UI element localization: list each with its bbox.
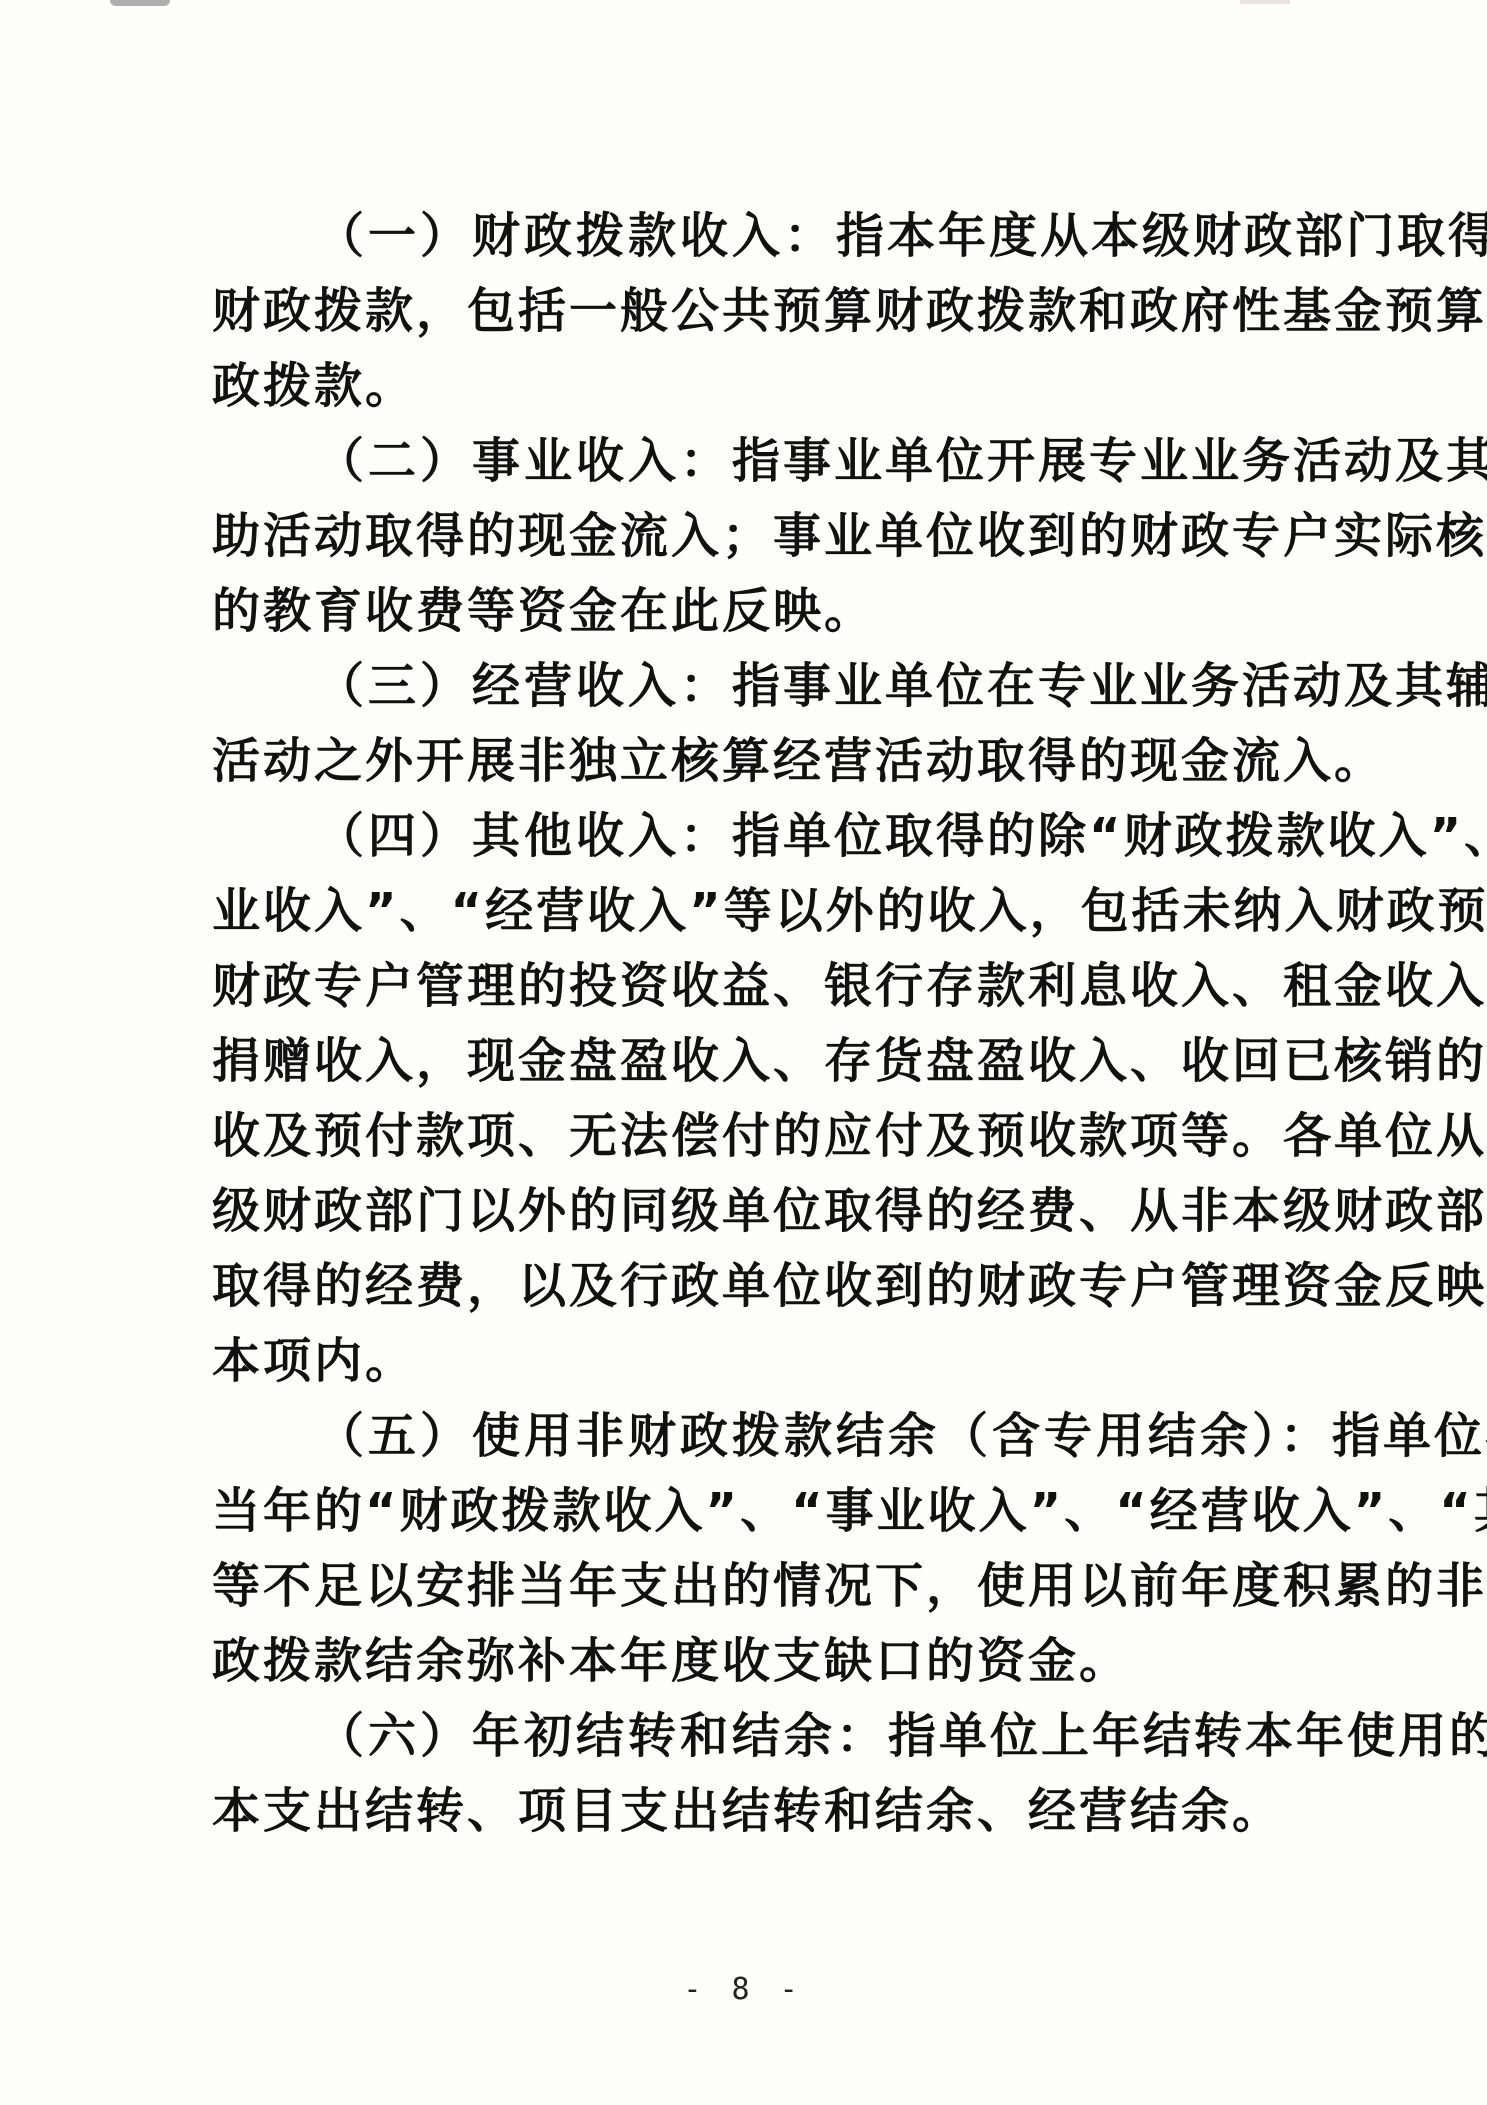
paragraph-line: 政拨款。 [212,349,1272,424]
paragraph-line: 本项内。 [212,1324,1272,1399]
paragraph-line: 政拨款结余弥补本年度收支缺口的资金。 [212,1624,1272,1699]
paragraph-line: （一）财政拨款收入：指本年度从本级财政部门取得的 [212,199,1272,274]
paragraph-line: 业收入”、“经营收入”等以外的收入，包括未纳入财政预算或 [212,874,1272,949]
paragraph-line: 取得的经费，以及行政单位收到的财政专户管理资金反映在 [212,1249,1272,1324]
document-page: （一）财政拨款收入：指本年度从本级财政部门取得的 财政拨款，包括一般公共预算财政… [0,0,1487,2105]
line-text: 指单位取得的除“财政拨款收入”、“事 [732,808,1487,864]
paragraph-line: 财政拨款，包括一般公共预算财政拨款和政府性基金预算财 [212,274,1272,349]
paragraph-line: （五）使用非财政拨款结余（含专用结余）：指单位在 [212,1399,1272,1474]
paragraph-line: 助活动取得的现金流入；事业单位收到的财政专户实际核拨 [212,499,1272,574]
document-body: （一）财政拨款收入：指本年度从本级财政部门取得的 财政拨款，包括一般公共预算财政… [212,199,1272,1849]
line-text: 指事业单位在专业业务活动及其辅助 [732,658,1487,714]
line-text: 指事业单位开展专业业务活动及其辅 [732,433,1487,489]
paragraph-line: （二）事业收入：指事业单位开展专业业务活动及其辅 [212,424,1272,499]
paragraph-line: （四）其他收入：指单位取得的除“财政拨款收入”、“事 [212,799,1272,874]
section-fiscal-appropriation-income: （一）财政拨款收入：指本年度从本级财政部门取得的 财政拨款，包括一般公共预算财政… [212,199,1272,424]
line-text: 指本年度从本级财政部门取得的 [836,208,1487,264]
section-heading: （三）经营收入： [316,658,732,714]
section-heading: （一）财政拨款收入： [316,208,836,264]
section-non-fiscal-surplus-use: （五）使用非财政拨款结余（含专用结余）：指单位在 当年的“财政拨款收入”、“事业… [212,1399,1272,1699]
paragraph-line: 本支出结转、项目支出结转和结余、经营结余。 [212,1774,1272,1849]
section-business-income: （二）事业收入：指事业单位开展专业业务活动及其辅 助活动取得的现金流入；事业单位… [212,424,1272,649]
line-text: 指单位在 [1332,1408,1487,1464]
paragraph-line: 的教育收费等资金在此反映。 [212,574,1272,649]
section-heading: （二）事业收入： [316,433,732,489]
page-number: - 8 - [0,1972,1487,2007]
section-other-income: （四）其他收入：指单位取得的除“财政拨款收入”、“事 业收入”、“经营收入”等以… [212,799,1272,1399]
section-opening-carryover-and-surplus: （六）年初结转和结余：指单位上年结转本年使用的基 本支出结转、项目支出结转和结余… [212,1699,1272,1849]
section-heading: （五）使用非财政拨款结余（含专用结余）： [316,1408,1332,1464]
paragraph-line: （六）年初结转和结余：指单位上年结转本年使用的基 [212,1699,1272,1774]
paragraph-line: 当年的“财政拨款收入”、“事业收入”、“经营收入”、“其他收入” [212,1474,1272,1549]
scan-artifact [110,0,170,6]
paragraph-line: 收及预付款项、无法偿付的应付及预收款项等。各单位从本 [212,1099,1272,1174]
paragraph-line: 捐赠收入，现金盘盈收入、存货盘盈收入、收回已核销的应 [212,1024,1272,1099]
section-heading: （六）年初结转和结余： [316,1708,888,1764]
paragraph-line: 等不足以安排当年支出的情况下，使用以前年度积累的非财 [212,1549,1272,1624]
paragraph-line: （三）经营收入：指事业单位在专业业务活动及其辅助 [212,649,1272,724]
paragraph-line: 级财政部门以外的同级单位取得的经费、从非本级财政部门 [212,1174,1272,1249]
scan-artifact [1240,0,1290,4]
section-heading: （四）其他收入： [316,808,732,864]
line-text: 指单位上年结转本年使用的基 [888,1708,1487,1764]
section-operating-income: （三）经营收入：指事业单位在专业业务活动及其辅助 活动之外开展非独立核算经营活动… [212,649,1272,799]
paragraph-line: 财政专户管理的投资收益、银行存款利息收入、租金收入、 [212,949,1272,1024]
paragraph-line: 活动之外开展非独立核算经营活动取得的现金流入。 [212,724,1272,799]
